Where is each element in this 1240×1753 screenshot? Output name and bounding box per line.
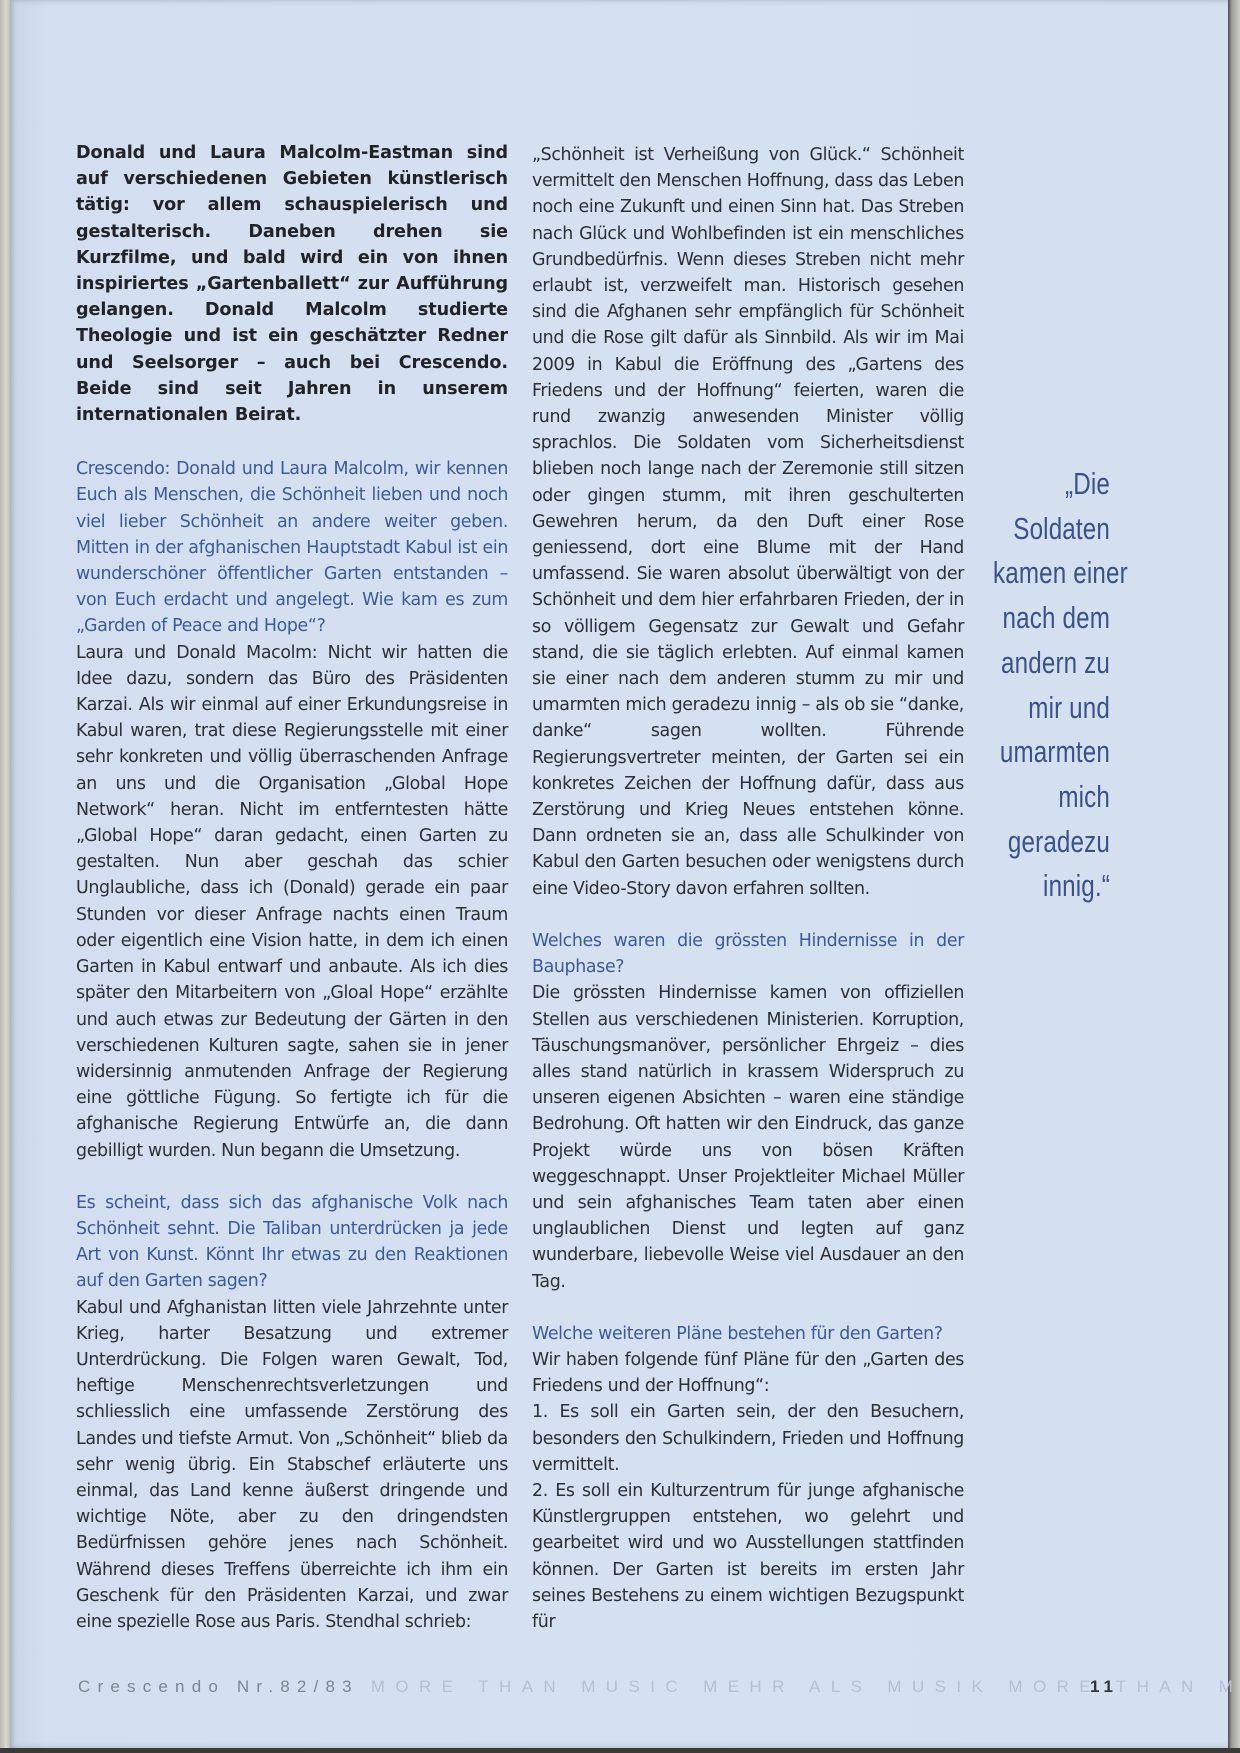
plan-item-2: 2. Es soll ein Kulturzentrum für junge a… — [532, 1478, 964, 1635]
intro-paragraph: Donald und Laura Malcolm-Eastman sind au… — [76, 140, 508, 428]
interview-answer-2: Kabul und Afghanistan litten viele Jahrz… — [76, 1295, 508, 1636]
paragraph-gap — [532, 1295, 964, 1321]
pull-quote-line: umarmten — [993, 730, 1110, 775]
page-number: 11 — [1090, 1677, 1118, 1697]
interview-answer-1: Laura und Donald Macolm: Nicht wir hatte… — [76, 640, 508, 1164]
page-footer: Crescendo Nr.82/83MORE THAN MUSIC MEHR A… — [78, 1677, 1118, 1707]
pull-quote-line: „Die — [993, 462, 1110, 507]
magazine-issue: Crescendo Nr.82/83 — [78, 1677, 359, 1696]
pull-quote-line: geradezu — [993, 820, 1110, 865]
left-column: Donald und Laura Malcolm-Eastman sind au… — [76, 140, 508, 1635]
pull-quote-line: andern zu — [993, 641, 1110, 686]
pull-quote: „Die Soldaten kamen einer nach dem ander… — [993, 462, 1110, 909]
paragraph-gap — [76, 1164, 508, 1190]
interview-question-4: Welche weiteren Pläne bestehen für den G… — [532, 1321, 964, 1347]
pull-quote-line: nach dem — [993, 596, 1110, 641]
page-binding-edge — [0, 0, 10, 1753]
interview-answer-2-continued: „Schönheit ist Verheißung von Glück.“ Sc… — [532, 142, 964, 902]
interview-question-1: Crescendo: Donald und Laura Malcolm, wir… — [76, 456, 508, 639]
pull-quote-line: mich — [993, 775, 1110, 820]
interview-question-3: Welches waren die grössten Hindernisse i… — [532, 928, 964, 980]
page-right-edge — [1228, 0, 1240, 1753]
pull-quote-line: mir und — [993, 686, 1110, 731]
pull-quote-line: Soldaten — [993, 507, 1110, 552]
page-bottom-edge — [0, 1748, 1240, 1753]
paragraph-gap — [532, 902, 964, 928]
right-column: „Schönheit ist Verheißung von Glück.“ Sc… — [532, 142, 964, 1635]
plan-item-1: 1. Es soll ein Garten sein, der den Besu… — [532, 1399, 964, 1478]
interview-answer-4: Wir haben folgende fünf Pläne für den „G… — [532, 1347, 964, 1399]
pull-quote-line: innig.“ — [993, 864, 1110, 909]
pull-quote-line: kamen einer — [993, 551, 1110, 596]
interview-answer-3: Die grössten Hindernisse kamen von offiz… — [532, 980, 964, 1294]
interview-question-2: Es scheint, dass sich das afghanische Vo… — [76, 1190, 508, 1295]
